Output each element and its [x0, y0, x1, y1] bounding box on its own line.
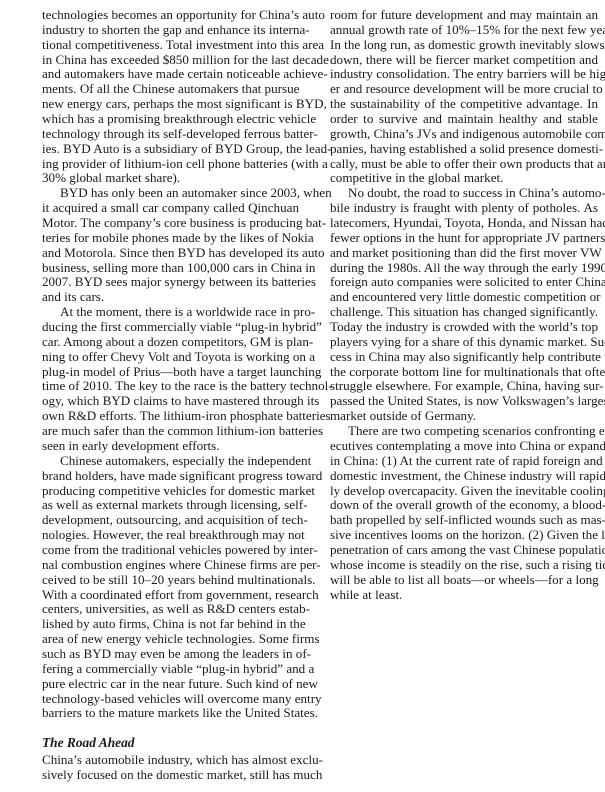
text-line: domestic investment, the Chinese industr… [330, 469, 598, 484]
text-line: while at least. [330, 588, 598, 603]
text-line: cally, must be able to offer their own p… [330, 157, 598, 172]
text-line: No doubt, the road to success in China’s… [330, 186, 598, 201]
text-line: industry consolidation. The entry barrie… [330, 67, 598, 82]
text-line: fering a commercially viable “plug-in hy… [42, 662, 299, 677]
text-line: order to survive and maintain healthy an… [330, 112, 598, 127]
text-line: in China: (1) At the current rate of rap… [330, 454, 598, 469]
text-line: Chinese automakers, especially the indep… [42, 454, 299, 469]
text-line: panies, having established a solid prese… [330, 142, 598, 157]
text-line: bath propelled by self-inflicted wounds … [330, 513, 598, 528]
paragraph: Chinese automakers, especially the indep… [42, 454, 299, 721]
text-line: pure electric car in the near future. Su… [42, 677, 299, 692]
text-line: the corporate bottom line for multinatio… [330, 365, 598, 380]
text-line: brand holders, have made significant pro… [42, 469, 299, 484]
text-line: come from the traditional vehicles power… [42, 543, 299, 558]
text-line: There are two competing scenarios confro… [330, 424, 598, 439]
text-line: car. Among about a dozen competitors, GM… [42, 335, 299, 350]
text-line: market outside of Germany. [330, 409, 598, 424]
text-line: plug-in model of Prius—both have a targe… [42, 365, 299, 380]
text-line: competitive in the global market. [330, 171, 598, 186]
text-line: it acquired a small car company called Q… [42, 201, 299, 216]
text-line: annual growth rate of 10%–15% for the ne… [330, 23, 598, 38]
text-line: seen in early development efforts. [42, 439, 299, 454]
text-line: tional competitiveness. Total investment… [42, 38, 299, 53]
text-line: and Motorola. Since then BYD has develop… [42, 246, 299, 261]
text-line: and automakers have made certain noticea… [42, 67, 299, 82]
text-line: sive incentives looms on the horizon. (2… [330, 528, 598, 543]
text-line: which has a promising breakthrough elect… [42, 112, 299, 127]
text-line: will be able to list all boats—or wheels… [330, 573, 598, 588]
text-line: technologies becomes an opportunity for … [42, 8, 299, 23]
text-line: lished by auto firms, China is not far b… [42, 617, 299, 632]
text-line: teries for mobile phones made by the lik… [42, 231, 299, 246]
text-line: down of the overall growth of the econom… [330, 498, 598, 513]
text-line: fewer options in the hunt for appropriat… [330, 231, 598, 246]
text-line: 30% global market share). [42, 171, 299, 186]
text-line: ies. BYD Auto is a subsidiary of BYD Gro… [42, 142, 299, 157]
paragraph: China’s automobile industry, which has a… [42, 753, 299, 783]
right-column: room for future development and may main… [330, 8, 598, 602]
text-line: BYD has only been an automaker since 200… [42, 186, 299, 201]
text-line: At the moment, there is a worldwide race… [42, 305, 299, 320]
text-line: passed the United States, is now Volkswa… [330, 394, 598, 409]
text-line: ceived to be still 10–20 years behind mu… [42, 573, 299, 588]
text-line: technology-based vehicles will overcome … [42, 692, 299, 707]
text-line: bile industry is fraught with plenty of … [330, 201, 598, 216]
text-line: as well as external markets through lice… [42, 498, 299, 513]
text-line: and its cars. [42, 290, 299, 305]
text-line: are much safer than the common lithium-i… [42, 424, 299, 439]
paragraph: technologies becomes an opportunity for … [42, 8, 299, 186]
text-line: ments. Of all the Chinese automakers tha… [42, 82, 299, 97]
text-line: nal combustion engines where Chinese fir… [42, 558, 299, 573]
text-line: Motor. The company’s core business is pr… [42, 216, 299, 231]
text-line: in China has exceeded $850 million for t… [42, 53, 299, 68]
text-line: business, selling more than 100,000 cars… [42, 261, 299, 276]
text-line: In the long run, as domestic growth inev… [330, 38, 598, 53]
text-line: down, there will be fiercer market compe… [330, 53, 598, 68]
text-line: Today the industry is crowded with the w… [330, 320, 598, 335]
text-line: and encountered very little domestic com… [330, 290, 598, 305]
text-line: latecomers, Hyundai, Toyota, Honda, and … [330, 216, 598, 231]
text-line: 2007. BYD sees major synergy between its… [42, 275, 299, 290]
text-line: technology through its self-developed fe… [42, 127, 299, 142]
text-line: struggle elsewhere. For example, China, … [330, 379, 598, 394]
text-line: foreign auto companies were solicited to… [330, 275, 598, 290]
text-line: time of 2010. The key to the race is the… [42, 379, 299, 394]
text-line: cess in China may also significantly hel… [330, 350, 598, 365]
text-line: nologies. However, the real breakthrough… [42, 528, 299, 543]
text-line: challenge. This situation has changed si… [330, 305, 598, 320]
text-line: producing competitive vehicles for domes… [42, 484, 299, 499]
text-line: ly develop overcapacity. Given the inevi… [330, 484, 598, 499]
text-line: ing provider of lithium-ion cell phone b… [42, 157, 299, 172]
text-line: penetration of cars among the vast Chine… [330, 543, 598, 558]
text-line: whose income is steadily on the rise, su… [330, 558, 598, 573]
text-line: and market positioning than did the firs… [330, 246, 598, 261]
text-line: ogy, which BYD claims to have mastered t… [42, 394, 299, 409]
text-line: new energy cars, perhaps the most signif… [42, 97, 299, 112]
paragraph: BYD has only been an automaker since 200… [42, 186, 299, 305]
left-column: technologies becomes an opportunity for … [42, 8, 299, 783]
paragraph: room for future development and may main… [330, 8, 598, 186]
text-line: such as BYD may even be among the leader… [42, 647, 299, 662]
text-line: centers, universities, as well as R&D ce… [42, 602, 299, 617]
text-line: area of new energy vehicle technologies.… [42, 632, 299, 647]
text-line: own R&D efforts. The lithium-iron phosph… [42, 409, 299, 424]
text-line: ning to offer Chevy Volt and Toyota is w… [42, 350, 299, 365]
text-line: during the 1980s. All the way through th… [330, 261, 598, 276]
text-line: industry to shorten the gap and enhance … [42, 23, 299, 38]
text-line: growth, China’s JVs and indigenous autom… [330, 127, 598, 142]
text-line: barriers to the mature markets like the … [42, 706, 299, 721]
text-line: the sustainability of the competitive ad… [330, 97, 598, 112]
section-heading: The Road Ahead [42, 736, 299, 751]
text-line: sively focused on the domestic market, s… [42, 768, 299, 783]
text-line: China’s automobile industry, which has a… [42, 753, 299, 768]
text-line: players vying for a share of this dynami… [330, 335, 598, 350]
text-line: development, outsourcing, and acquisitio… [42, 513, 299, 528]
text-line: ecutives contemplating a move into China… [330, 439, 598, 454]
text-line: room for future development and may main… [330, 8, 598, 23]
text-line: With a coordinated effort from governmen… [42, 588, 299, 603]
paragraph: No doubt, the road to success in China’s… [330, 186, 598, 424]
paragraph: There are two competing scenarios confro… [330, 424, 598, 602]
text-line: er and resource development will be more… [330, 82, 598, 97]
document-page: technologies becomes an opportunity for … [0, 0, 605, 792]
text-line: ducing the first commercially viable “pl… [42, 320, 299, 335]
paragraph: At the moment, there is a worldwide race… [42, 305, 299, 454]
